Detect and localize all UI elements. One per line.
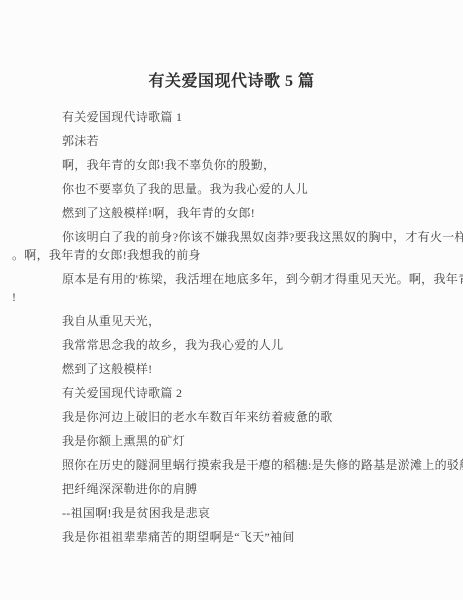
poem-line: 。啊，我年青的女郎!我想我的前身 — [12, 245, 435, 265]
poem-line: 啊，我年青的女郎!我不辜负你的殷勤， — [12, 155, 435, 175]
poem-line: 燃到了这般模样!啊，我年青的女郎! — [12, 203, 435, 223]
poem-line: 我常常思念我的故乡，我为我心爱的人儿 — [12, 335, 435, 355]
poem-line: --祖国啊!我是贫困我是悲哀 — [12, 503, 435, 523]
poem-line: 原本是有用的'栋梁，我活埋在地底多年，到今朝才得重见天光。啊，我年青的女郎 — [12, 269, 435, 289]
poem-line: 你该明白了我的前身?你该不嫌我黑奴卤莽?要我这黑奴的胸中，才有火一样的心肠 — [12, 227, 435, 247]
poem-line: 照你在历史的隧洞里蜗行摸索我是干瘪的稻穗:是失修的路基是淤滩上的驳船 — [12, 455, 435, 475]
document-body: 有关爱国现代诗歌篇 1郭沫若啊，我年青的女郎!我不辜负你的殷勤，你也不要辜负了我… — [0, 107, 463, 547]
poem-line: ! — [12, 287, 435, 307]
poem-line: 有关爱国现代诗歌篇 2 — [12, 383, 435, 403]
document-page: 有关爱国现代诗歌 5 篇 有关爱国现代诗歌篇 1郭沫若啊，我年青的女郎!我不辜负… — [0, 0, 463, 600]
poem-line: 燃到了这般模样! — [12, 359, 435, 379]
poem-line: 你也不要辜负了我的思量。我为我心爱的人儿 — [12, 179, 435, 199]
poem-line: 我是你额上熏黑的矿灯 — [12, 431, 435, 451]
document-title: 有关爱国现代诗歌 5 篇 — [0, 68, 463, 91]
poem-line: 我自从重见天光， — [12, 311, 435, 331]
poem-line: 有关爱国现代诗歌篇 1 — [12, 107, 435, 127]
poem-line: 我是你河边上破旧的老水车数百年来纺着疲惫的歌 — [12, 407, 435, 427]
poem-line: 郭沫若 — [12, 131, 435, 151]
poem-line: 把纤绳深深勒进你的肩膊 — [12, 479, 435, 499]
poem-line: 我是你祖祖辈辈痛苦的期望啊是“飞天”袖间 — [12, 527, 435, 547]
